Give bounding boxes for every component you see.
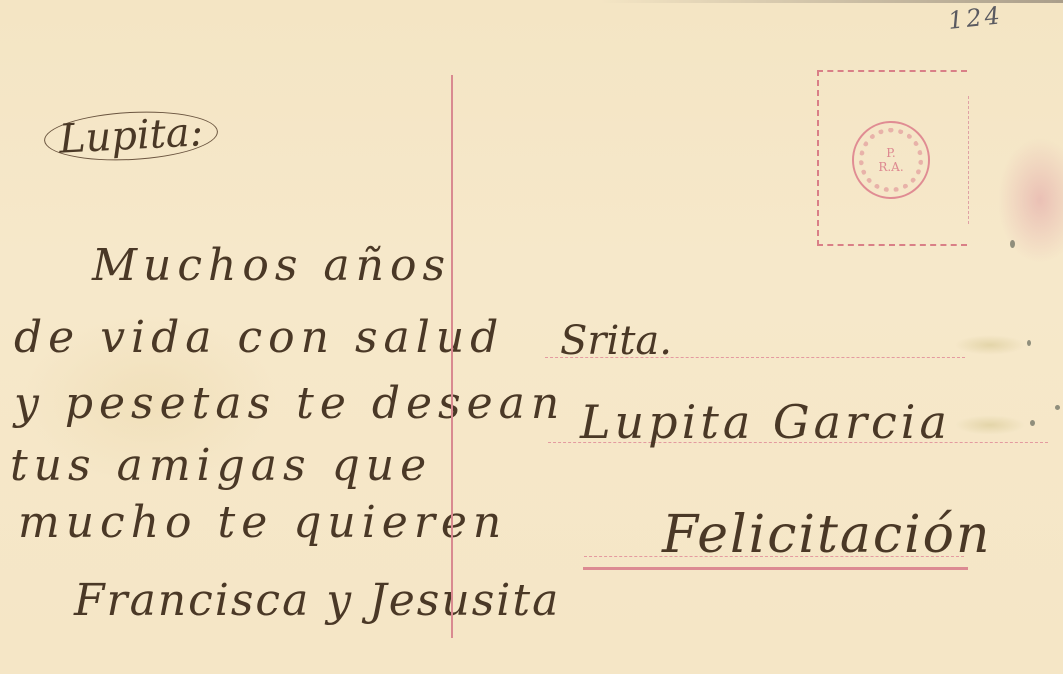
salutation: Lupita:	[43, 107, 219, 164]
center-divider	[451, 75, 453, 638]
seal-text-p: P.	[886, 146, 895, 160]
ink-stain	[1030, 420, 1035, 426]
message-line-2: de vida con salud	[14, 312, 504, 363]
ink-stain	[1055, 405, 1060, 410]
seal-text-ra: R.A.	[878, 160, 903, 174]
stamp-box-right-edge	[968, 96, 969, 224]
archive-number: 124	[947, 1, 1004, 35]
address-greeting: Felicitación	[662, 505, 991, 565]
ink-stain	[1010, 240, 1015, 248]
signature: Francisca y Jesusita	[74, 575, 560, 626]
message-line-3: y pesetas te desean	[14, 378, 565, 429]
address-title: Srita.	[560, 318, 672, 364]
message-line-1: Muchos años	[92, 240, 451, 291]
postcard: 124 Lupita: Muchos años de vida con salu…	[0, 0, 1063, 674]
message-line-4: tus amigas que	[10, 440, 432, 491]
address-name: Lupita Garcia	[580, 395, 951, 449]
ink-stain	[1027, 340, 1031, 346]
message-line-5: mucho te quieren	[18, 497, 507, 548]
address-line-3-underline	[583, 567, 968, 570]
wreath-seal-icon: P. R.A.	[852, 121, 930, 199]
